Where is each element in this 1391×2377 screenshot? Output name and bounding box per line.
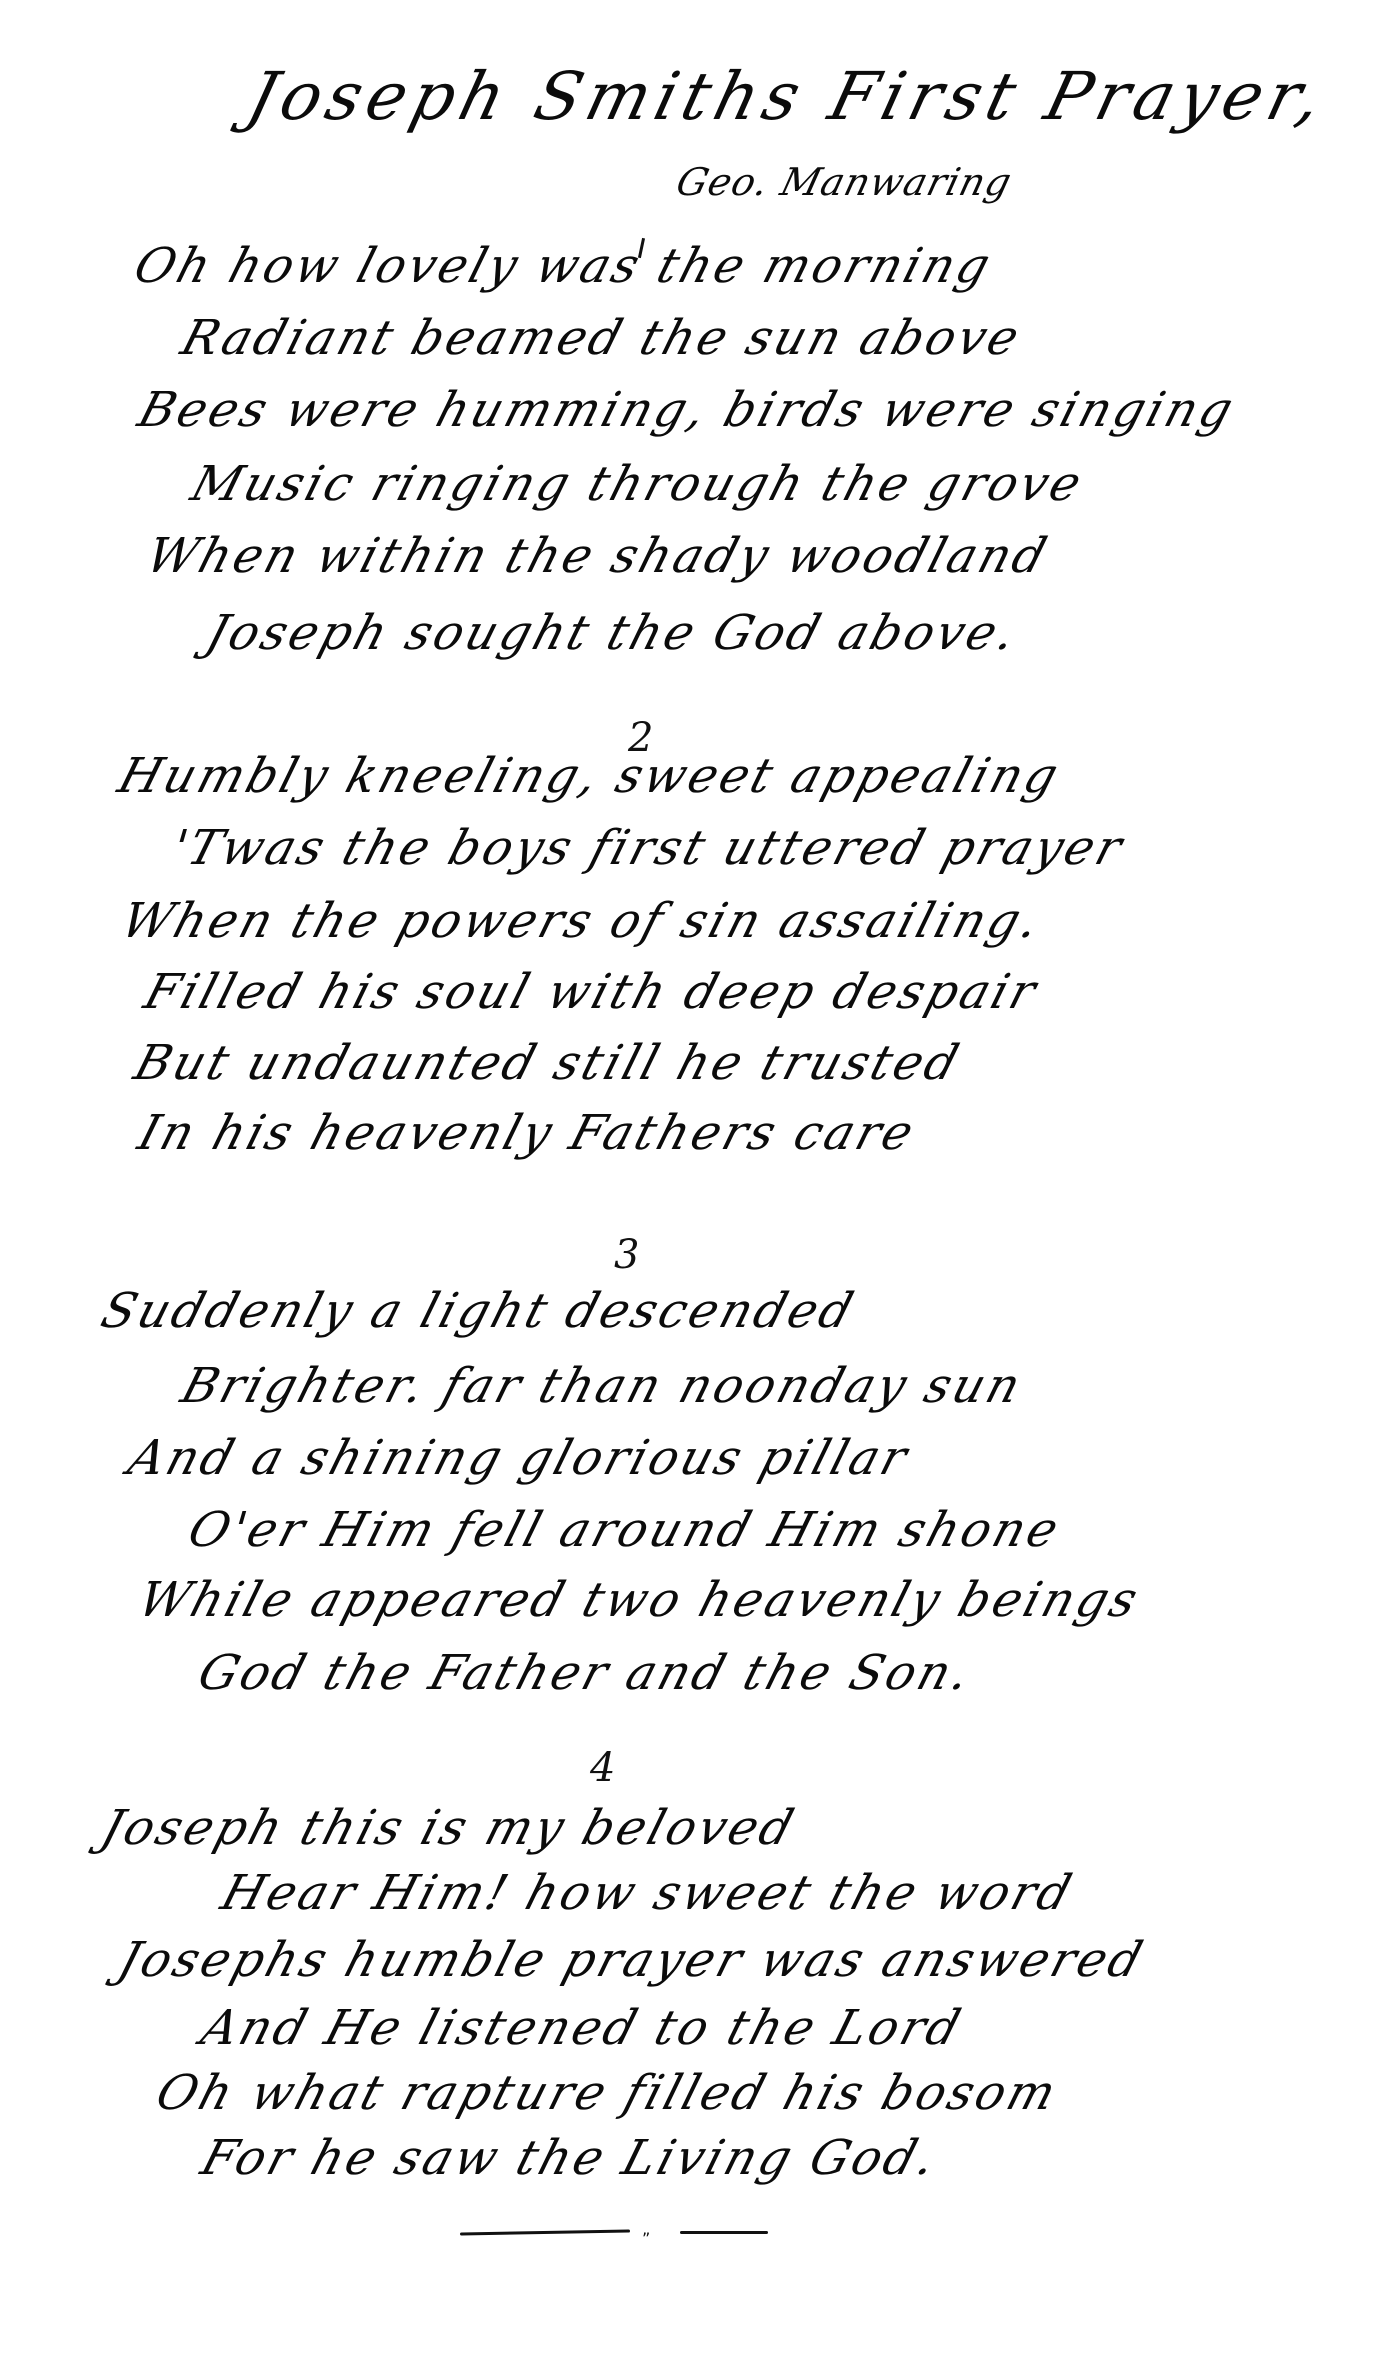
stanza-2-line-4: Filled his soul with deep despair	[138, 964, 1045, 1020]
end-rule: ”	[460, 2225, 780, 2245]
stanza-3-line-4: O'er Him fell around Him shone	[182, 1502, 1067, 1558]
stanza-3-line-3: And a shining glorious pillar	[122, 1430, 916, 1486]
stanza-4-line-4: And He listened to the Lord	[195, 2000, 969, 2056]
stanza-4-line-2: Hear Him! how sweet the word	[215, 1865, 1080, 1921]
stanza-3-line-1: Suddenly a light descended	[95, 1283, 862, 1339]
end-rule-left-stroke	[460, 2230, 630, 2236]
stanza-1-line-2: Radiant beamed the sun above	[175, 310, 1028, 366]
stanza-4-line-3: Josephs humble prayer was answered	[112, 1932, 1151, 1988]
stanza-3-number: 3	[614, 1232, 639, 1278]
stanza-2-line-1: Humbly kneeling, sweet appealing	[112, 748, 1067, 804]
stanza-4-line-5: Oh what rapture filled his bosom	[150, 2065, 1065, 2121]
stanza-3-line-6: God the Father and the Son.	[192, 1645, 979, 1701]
stanza-3-line-5: While appeared two heavenly beings	[132, 1572, 1146, 1628]
stanza-1-line-3: Bees were humming, birds were singing	[132, 382, 1242, 438]
stanza-1-line-5: When within the shady woodland	[140, 528, 1055, 584]
stanza-2-line-6: In his heavenly Fathers care	[132, 1105, 922, 1161]
stanza-2-line-5: But undaunted still he trusted	[128, 1035, 967, 1091]
stanza-3-line-2: Brighter. far than noonday sun	[175, 1358, 1030, 1414]
poem-author: Geo. Manwaring	[672, 160, 1017, 204]
stanza-4-line-6: For he saw the Living God.	[195, 2130, 945, 2186]
end-rule-right-stroke	[680, 2231, 768, 2234]
stanza-1-line-4: Music ringing through the grove	[185, 456, 1090, 512]
stanza-4-line-1: Joseph this is my beloved	[95, 1800, 802, 1856]
stanza-2-line-2: 'Twas the boys first uttered prayer	[165, 820, 1131, 876]
stanza-1-line-6: Joseph sought the God above.	[200, 605, 1025, 661]
stanza-1-line-1: Oh how lovely was the morning	[128, 238, 999, 294]
stanza-2-line-3: When the powers of sin assailing.	[115, 893, 1048, 949]
end-rule-mark: ”	[642, 2229, 650, 2248]
poem-title: Joseph Smiths First Prayer,	[240, 58, 1336, 135]
stanza-4-number: 4	[590, 1745, 615, 1791]
